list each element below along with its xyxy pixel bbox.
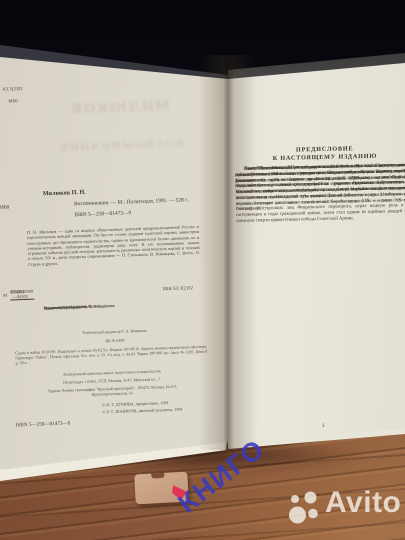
page-number: 3	[322, 424, 325, 429]
preface-heading: ПРЕДИСЛОВИЕ К НАСТОЯЩЕМУ ИЗДАНИЮ	[240, 144, 405, 163]
avito-watermark: Avito	[287, 486, 405, 528]
avito-logo-text: Avito	[325, 486, 401, 520]
book-listing-photo: МИЛЮКОВ ВОСПОМИНАНИЯ 63.3(2)52 М60 Милюк…	[0, 0, 405, 540]
preface-text: Свои "Воспоминания" Павел Николаевич Мил…	[235, 162, 405, 166]
right-page-content: ПРЕДИСЛОВИЕ К НАСТОЯЩЕМУ ИЗДАНИЮ Свои "В…	[0, 0, 405, 540]
avito-dots-icon	[287, 490, 323, 526]
tag-notch	[151, 473, 164, 479]
